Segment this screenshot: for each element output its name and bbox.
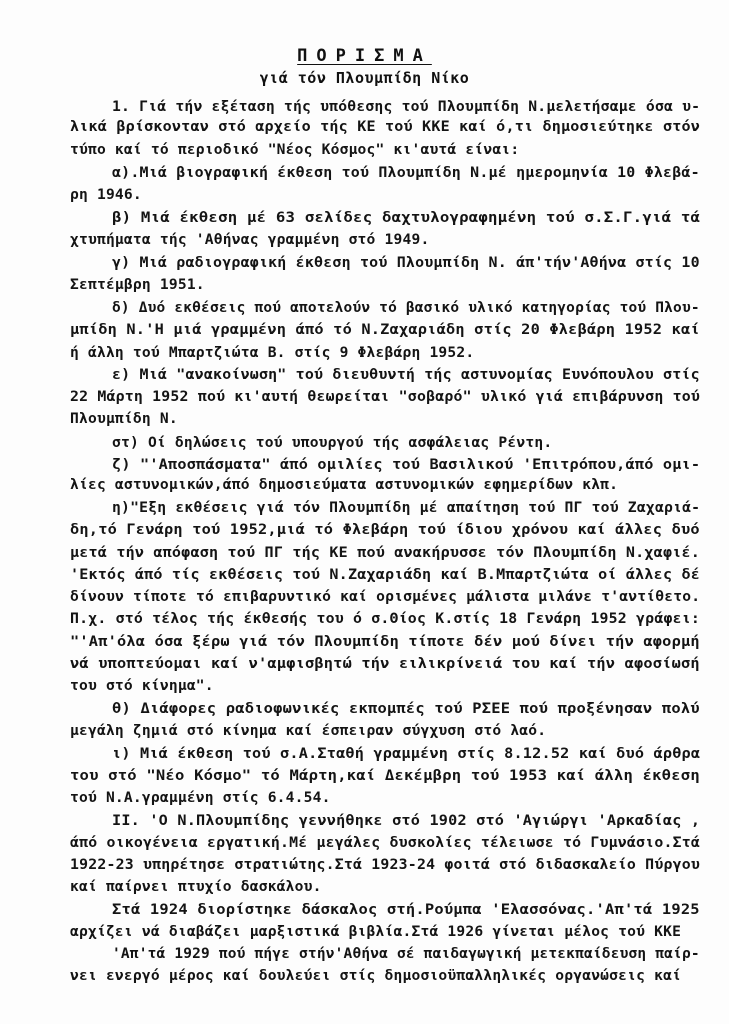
text-line: θ) Διάφορες ραδιοφωνικές εκπομπές τού ΡΣ… (112, 700, 700, 718)
text-line: ε) Μιά "ανακοίνωση" τού διευθυντή τής ασ… (112, 366, 700, 384)
text-line: νά υποπτεύομαι καί ν'αμφισβητώ τήν ειλικ… (70, 655, 700, 673)
text-line: χτυπήματα τής 'Αθήνας γραμμένη στό 1949. (70, 231, 429, 249)
text-line: ή άλλη τού Μπαρτζιώτα Β. στίς 9 Φλεβάρη … (70, 344, 474, 362)
document-title: ΠΟΡΙΣΜΑ (0, 46, 729, 66)
text-line: γ) Μιά ραδιογραφική έκθεση τού Πλουμπίδη… (112, 254, 700, 272)
text-line: μπίδη Ν.'Η μιά γραμμένη άπό τό Ν.Ζαχαριά… (70, 321, 700, 339)
text-line: β) Μιά έκθεση μέ 63 σελίδες δαχτυλογραφη… (112, 209, 700, 227)
text-line: ΙΙ. 'Ο Ν.Πλουμπίδης γεννήθηκε στό 1902 σ… (112, 812, 700, 830)
text-line: λίες αστυνομικών,άπό δημοσιεύματα αστυνο… (70, 476, 618, 494)
text-line: 1922-23 υπηρέτησε στρατιώτης.Στά 1923-24… (70, 856, 700, 874)
text-line: α).Μιά βιογραφική έκθεση τού Πλουμπίδη Ν… (112, 164, 700, 182)
text-line: δίνουν τίποτε τό επιβαρυντικό καί ορισμέ… (70, 588, 700, 606)
text-line: ρη 1946. (70, 186, 142, 204)
text-line: 'Εκτός άπό τίς εκθέσεις τού Ν.Ζαχαριάδη … (70, 566, 700, 584)
text-line: Στά 1924 διορίστηκε δάσκαλος στή.Ρούμπα … (112, 901, 700, 919)
text-line: άπό οικογένεια εργατική.Μέ μεγάλες δυσκο… (70, 834, 700, 852)
text-line: τού Ν.Α.γραμμένη στίς 6.4.54. (70, 789, 331, 807)
text-line: δ) Δυό εκθέσεις πού αποτελούν τό βασικό … (112, 299, 700, 317)
text-line: του στό "Νέο Κόσμο" τό Μάρτη,καί Δεκέμβρ… (70, 767, 700, 785)
text-line: "'Απ'όλα όσα ξέρω γιά τόν Πλουμπίδη τίπο… (70, 633, 700, 651)
document-page: ΠΟΡΙΣΜΑ γιά τόν Πλουμπίδη Νίκο 1. Γιά τή… (0, 0, 729, 1024)
text-line: 22 Μάρτη 1952 πού κι'αυτή θεωρείται "σοβ… (70, 388, 700, 406)
text-line: η)"Εξη εκθέσεις γιά τόν Πλουμπίδη μέ απα… (112, 499, 700, 517)
text-line: μεγάλη ζημιά στό κίνημα καί έσπειραν σύγ… (70, 722, 546, 740)
text-line: λικά βρίσκονταν στό αρχείο τής ΚΕ τού ΚΚ… (70, 118, 700, 136)
document-subtitle: γιά τόν Πλουμπίδη Νίκο (0, 69, 729, 87)
text-line: στ) Οί δηλώσεις τού υπουργού τής ασφάλει… (112, 434, 552, 452)
text-line: Π.χ. στό τέλος τής έκθεσής του ό σ.Θίος … (70, 610, 700, 628)
text-line: μετά τήν απόφαση τού ΠΓ τής ΚΕ πού ανακή… (70, 544, 700, 562)
text-line: καί παίρνει πτυχίο δασκάλου. (70, 878, 322, 896)
text-line: αρχίζει νά διαβάζει μαρξιστικά βιβλία.Στ… (70, 923, 681, 941)
text-line: του στό κίνημα". (70, 677, 214, 695)
text-line: ζ) "'Αποσπάσματα" άπό ομιλίες τού Βασιλι… (112, 456, 700, 474)
text-line: 'Απ'τά 1929 πού πήγε στήν'Αθήνα σέ παιδα… (112, 945, 700, 963)
text-line: 1. Γιά τήν εξέταση τής υπόθεσης τού Πλου… (112, 98, 700, 116)
text-line: ι) Μιά έκθεση τού σ.Α.Σταθή γραμμένη στί… (112, 745, 700, 763)
text-line: Σεπτέμβρη 1951. (70, 276, 205, 294)
text-line: τύπο καί τό περιοδικό "Νέος Κόσμος" κι'α… (70, 141, 519, 159)
text-line: Πλουμπίδη Ν. (70, 410, 178, 428)
text-line: δη,τό Γενάρη τού 1952,μιά τό Φλεβάρη τού… (70, 521, 700, 539)
text-line: νει ενεργό μέρος καί δουλεύει στίς δημοσ… (70, 967, 681, 985)
